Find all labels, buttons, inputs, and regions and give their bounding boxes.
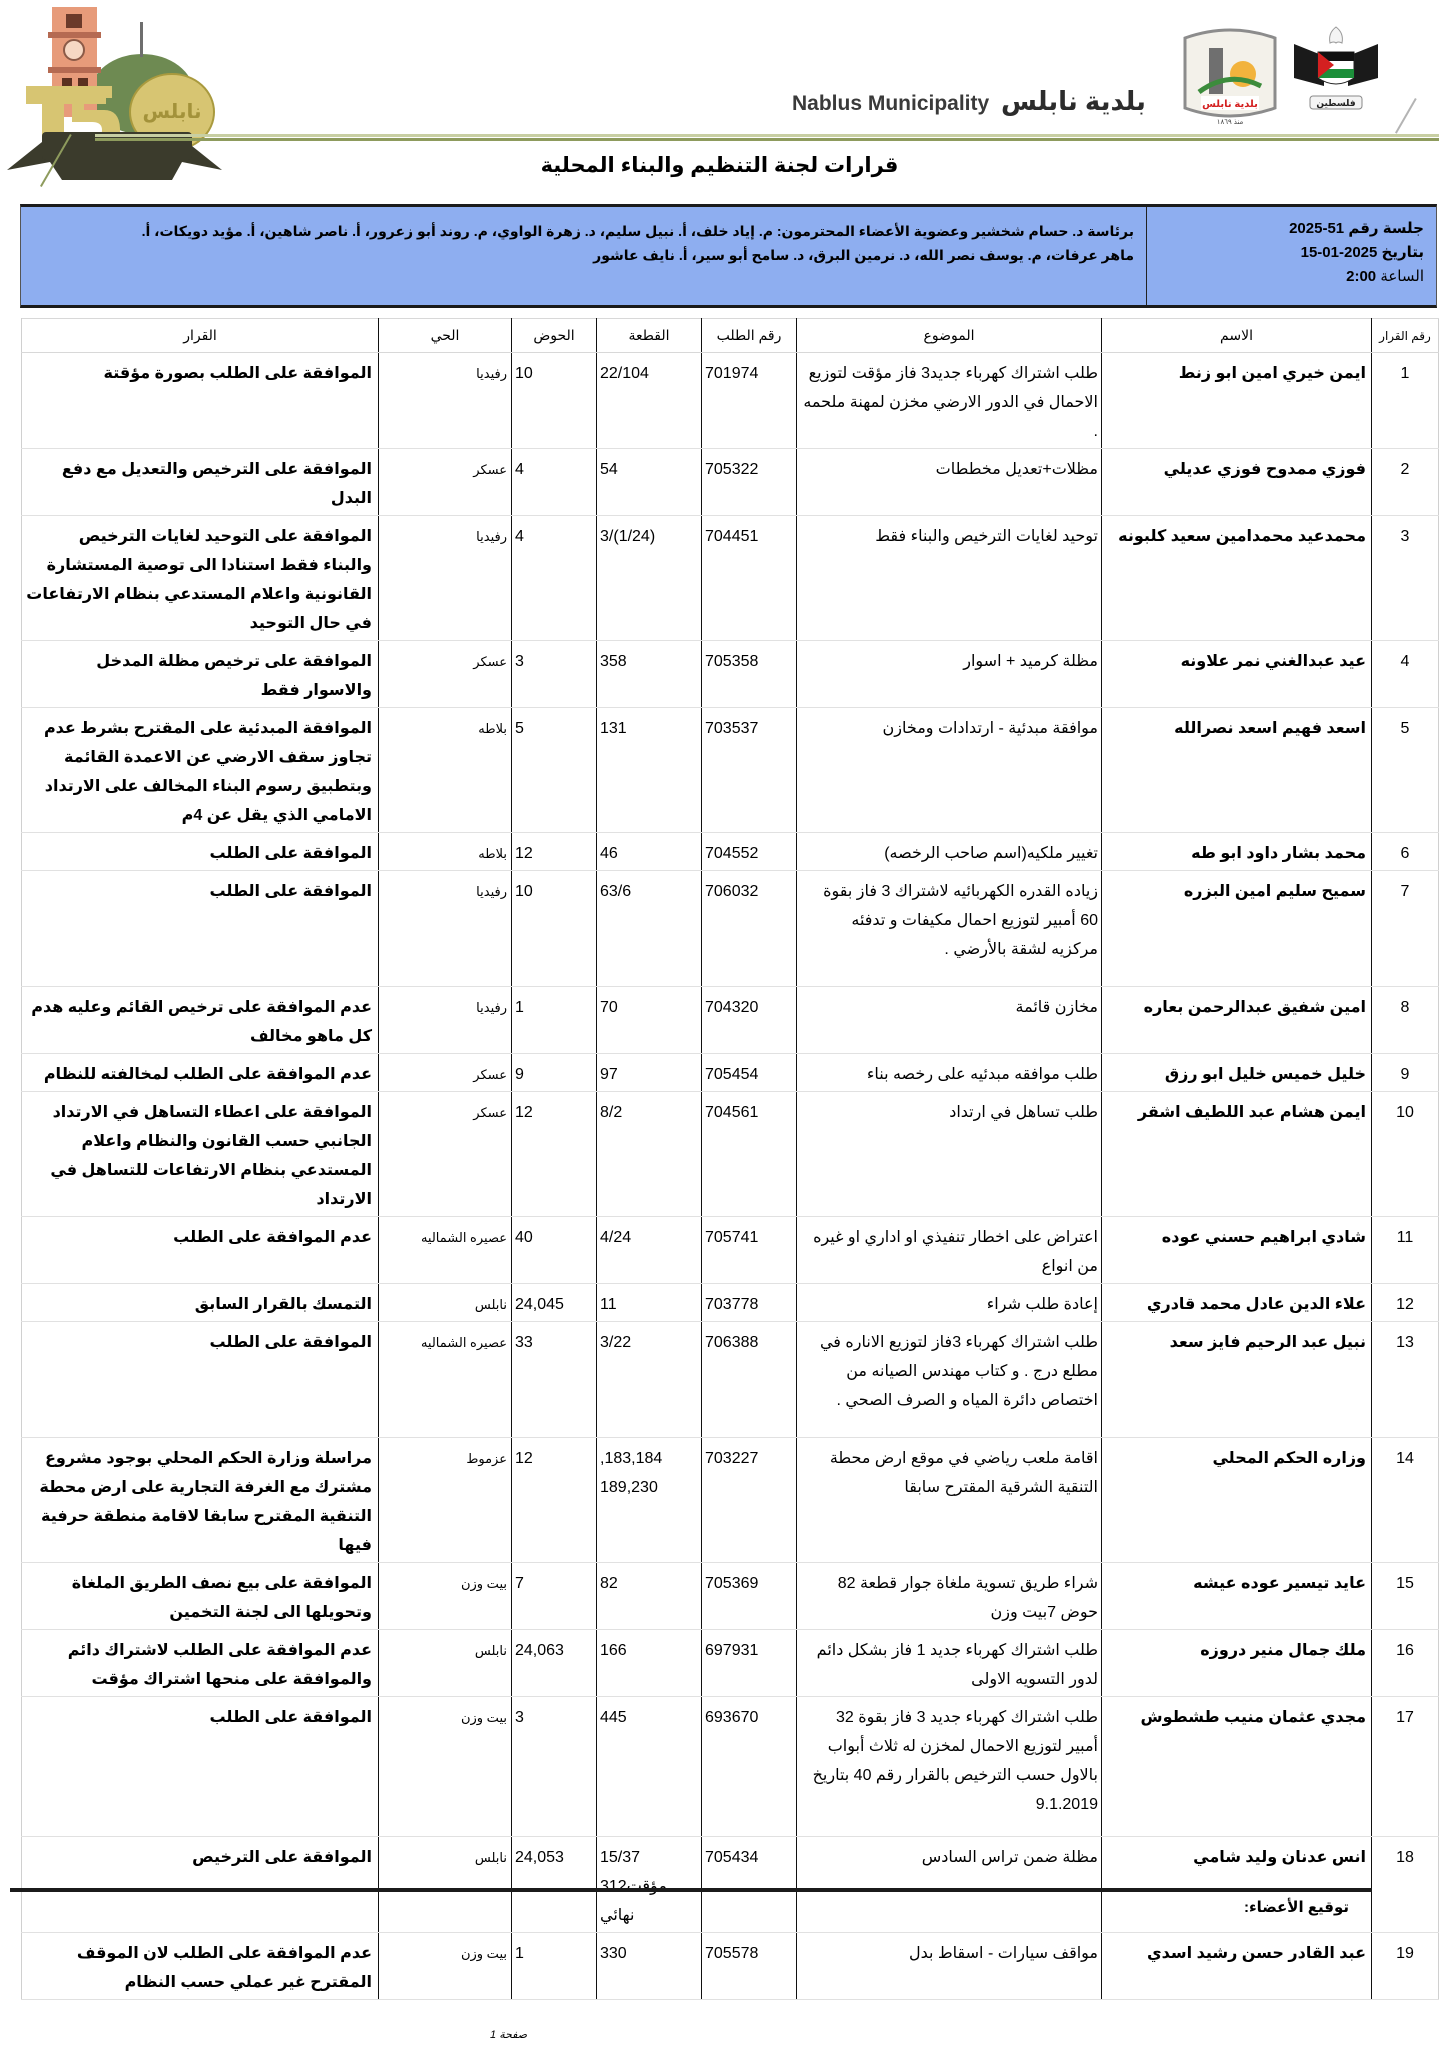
logo-150-text: نابلس xyxy=(143,101,202,123)
request-no-cell: 697931 xyxy=(702,1630,797,1697)
plot-cell: 15/37 مؤقت312 نهائي xyxy=(597,1837,702,1933)
decision-no-cell: 7 xyxy=(1372,871,1439,987)
subject-cell: طلب اشتراك كهرباء 3فاز لتوزيع الاناره في… xyxy=(797,1322,1102,1438)
table-row: 15عايد تيسير عوده عيشهشراء طريق تسوية مل… xyxy=(22,1563,1439,1630)
basin-cell: 9 xyxy=(512,1054,597,1092)
name-cell: وزاره الحكم المحلي xyxy=(1102,1438,1372,1563)
basin-cell: 40 xyxy=(512,1217,597,1284)
members-line-1: برئاسة د. حسام شخشير وعضوية الأعضاء المح… xyxy=(33,219,1134,243)
request-no-cell: 705578 xyxy=(702,1933,797,2000)
name-cell: عايد تيسير عوده عيشه xyxy=(1102,1563,1372,1630)
name-cell: ايمن خيري امين ابو زنط xyxy=(1102,353,1372,449)
decision-cell: الموافقة على الترخيص xyxy=(22,1837,379,1933)
request-no-cell: 703227 xyxy=(702,1438,797,1563)
subject-cell: اعتراض على اخطار تنفيذي او اداري او غيره… xyxy=(797,1217,1102,1284)
palestine-emblem-caption: فلسطين xyxy=(1316,98,1355,109)
basin-cell: 12 xyxy=(512,1438,597,1563)
header-decision-no: رقم القرار xyxy=(1372,319,1439,353)
request-no-cell: 704561 xyxy=(702,1092,797,1217)
table-row: 9خليل خميس خليل ابو رزقطلب موافقه مبدئيه… xyxy=(22,1054,1439,1092)
district-cell: رفيديا xyxy=(379,516,512,641)
district-cell: عسكر xyxy=(379,641,512,708)
basin-cell: 24,053 xyxy=(512,1837,597,1933)
district-cell: عسكر xyxy=(379,1092,512,1217)
plot-cell: 46 xyxy=(597,833,702,871)
decision-cell: الموافقة على بيع نصف الطريق الملغاة وتحو… xyxy=(22,1563,379,1630)
decision-no-cell: 5 xyxy=(1372,708,1439,833)
plot-cell: 70 xyxy=(597,987,702,1054)
decision-no-cell: 11 xyxy=(1372,1217,1439,1284)
decision-cell: الموافقة على اعطاء التساهل في الارتداد ا… xyxy=(22,1092,379,1217)
subject-cell: مظلة كرميد + اسوار xyxy=(797,641,1102,708)
table-row: 7سميح سليم امين البزره زياده القدره الكه… xyxy=(22,871,1439,987)
name-cell: نبيل عبد الرحيم فايز سعد xyxy=(1102,1322,1372,1438)
request-no-cell: 705322 xyxy=(702,449,797,516)
district-cell: بيت وزن xyxy=(379,1697,512,1837)
page-number: صفحة 1 xyxy=(490,2028,527,2041)
header-decision: القرار xyxy=(22,319,379,353)
request-no-cell: 703537 xyxy=(702,708,797,833)
plot-cell: 4/24 xyxy=(597,1217,702,1284)
subject-cell: مظلات+تعديل مخططات xyxy=(797,449,1102,516)
session-time-label: الساعة xyxy=(1380,268,1424,285)
decision-no-cell: 1 xyxy=(1372,353,1439,449)
subject-cell: اقامة ملعب رياضي في موقع ارض محطة التنقي… xyxy=(797,1438,1102,1563)
table-row: 8امين شفيق عبدالرحمن بعارهمخازن قائمة704… xyxy=(22,987,1439,1054)
request-no-cell: 706032 xyxy=(702,871,797,987)
decision-cell: عدم الموافقة على الطلب لمخالفته للنظام xyxy=(22,1054,379,1092)
decision-cell: الموافقة على ترخيص مظلة المدخل والاسوار … xyxy=(22,641,379,708)
plot-cell: 82 xyxy=(597,1563,702,1630)
district-cell: بلاطه xyxy=(379,833,512,871)
name-cell: خليل خميس خليل ابو رزق xyxy=(1102,1054,1372,1092)
request-no-cell: 693670 xyxy=(702,1697,797,1837)
basin-cell: 12 xyxy=(512,1092,597,1217)
session-time: 2:00 xyxy=(1346,268,1376,285)
decision-no-cell: 8 xyxy=(1372,987,1439,1054)
basin-cell: 7 xyxy=(512,1563,597,1630)
district-cell: عسكر xyxy=(379,449,512,516)
session-date: 2025-01-15 xyxy=(1301,244,1378,261)
session-date-line: بتاريخ 2025-01-15 xyxy=(1159,241,1424,265)
request-no-cell: 701974 xyxy=(702,353,797,449)
name-cell: شادي ابراهيم حسني عوده xyxy=(1102,1217,1372,1284)
basin-cell: 10 xyxy=(512,871,597,987)
decision-cell: الموافقة على الطلب xyxy=(22,1322,379,1438)
municipality-brand: بلدية نابلس Nablus Municipality xyxy=(792,86,1172,116)
header-district: الحي xyxy=(379,319,512,353)
decisions-table: رقم القرار الاسم الموضوع رقم الطلب القطع… xyxy=(21,318,1439,2000)
district-cell: رفيديا xyxy=(379,353,512,449)
table-row: 10ايمن هشام عبد اللطيف اشقرطلب تساهل في … xyxy=(22,1092,1439,1217)
basin-cell: 24,063 xyxy=(512,1630,597,1697)
district-cell: رفيديا xyxy=(379,871,512,987)
plot-cell: 166 xyxy=(597,1630,702,1697)
table-row: 19عبد القادر حسن رشيد اسديمواقف سيارات -… xyxy=(22,1933,1439,2000)
request-no-cell: 705358 xyxy=(702,641,797,708)
table-row: 3محمدعيد محمدامين سعيد كلبونهتوحيد لغايا… xyxy=(22,516,1439,641)
table-row: 6محمد بشار داود ابو طهتغيير ملكيه(اسم صا… xyxy=(22,833,1439,871)
decision-cell: الموافقة على الطلب xyxy=(22,833,379,871)
request-no-cell: 705369 xyxy=(702,1563,797,1630)
nablus-emblem-since: منذ ١٨٦٩ xyxy=(1217,119,1244,126)
session-number-label: جلسة رقم xyxy=(1348,220,1424,237)
basin-cell: 33 xyxy=(512,1322,597,1438)
table-end-rule xyxy=(10,1888,1372,1892)
plot-cell: 11 xyxy=(597,1284,702,1322)
municipality-name-arabic: بلدية نابلس xyxy=(1001,86,1146,116)
district-cell: نابلس xyxy=(379,1837,512,1933)
decision-no-cell: 6 xyxy=(1372,833,1439,871)
basin-cell: 24,045 xyxy=(512,1284,597,1322)
decision-cell: الموافقة على الترخيص والتعديل مع دفع الب… xyxy=(22,449,379,516)
name-cell: ملك جمال منير دروزه xyxy=(1102,1630,1372,1697)
name-cell: اسعد فهيم اسعد نصرالله xyxy=(1102,708,1372,833)
header-plot: القطعة xyxy=(597,319,702,353)
name-cell: علاء الدين عادل محمد قادري xyxy=(1102,1284,1372,1322)
basin-cell: 3 xyxy=(512,641,597,708)
decision-no-cell: 15 xyxy=(1372,1563,1439,1630)
name-cell: انس عدنان وليد شامي xyxy=(1102,1837,1372,1933)
decision-cell: الموافقة على التوحيد لغايات الترخيص والب… xyxy=(22,516,379,641)
table-row: 14وزاره الحكم المحلياقامة ملعب رياضي في … xyxy=(22,1438,1439,1563)
decision-no-cell: 4 xyxy=(1372,641,1439,708)
name-cell: عبد القادر حسن رشيد اسدي xyxy=(1102,1933,1372,2000)
request-no-cell: 706388 xyxy=(702,1322,797,1438)
subject-cell: طلب اشتراك كهرباء جديد 3 فاز بقوة 32 أمب… xyxy=(797,1697,1102,1837)
decision-no-cell: 2 xyxy=(1372,449,1439,516)
subject-cell: طلب اشتراك كهرباء جديد3 فاز مؤقت لتوزيع … xyxy=(797,353,1102,449)
name-cell: عيد عبدالغني نمر علاونه xyxy=(1102,641,1372,708)
table-row: 17مجدي عثمان منيب طشطوشطلب اشتراك كهرباء… xyxy=(22,1697,1439,1837)
table-row: 4عيد عبدالغني نمر علاونهمظلة كرميد + اسو… xyxy=(22,641,1439,708)
basin-cell: 4 xyxy=(512,449,597,516)
table-row: 2فوزي ممدوح فوزي عديليمظلات+تعديل مخططات… xyxy=(22,449,1439,516)
plot-cell: 358 xyxy=(597,641,702,708)
decision-cell: الموافقة المبدئية على المقترح بشرط عدم ت… xyxy=(22,708,379,833)
decision-no-cell: 12 xyxy=(1372,1284,1439,1322)
nablus-municipality-emblem-icon: بلدية نابلس منذ ١٨٦٩ xyxy=(1175,26,1285,126)
basin-cell: 1 xyxy=(512,987,597,1054)
subject-cell: مواقف سيارات - اسقاط بدل xyxy=(797,1933,1102,2000)
decision-no-cell: 9 xyxy=(1372,1054,1439,1092)
basin-cell: 12 xyxy=(512,833,597,871)
district-cell: عزموط xyxy=(379,1438,512,1563)
table-row: 1ايمن خيري امين ابو زنططلب اشتراك كهرباء… xyxy=(22,353,1439,449)
header-subject: الموضوع xyxy=(797,319,1102,353)
municipality-name-english: Nablus Municipality xyxy=(792,92,989,115)
session-number-line: جلسة رقم 51-2025 xyxy=(1159,217,1424,241)
name-cell: امين شفيق عبدالرحمن بعاره xyxy=(1102,987,1372,1054)
decision-no-cell: 18 xyxy=(1372,1837,1439,1933)
name-cell: سميح سليم امين البزره xyxy=(1102,871,1372,987)
session-date-label: بتاريخ xyxy=(1382,244,1424,261)
basin-cell: 1 xyxy=(512,1933,597,2000)
session-info-box: جلسة رقم 51-2025 بتاريخ 2025-01-15 الساع… xyxy=(20,204,1437,308)
decision-no-cell: 14 xyxy=(1372,1438,1439,1563)
header-basin: الحوض xyxy=(512,319,597,353)
members-line-2: ماهر عرفات، م. يوسف نصر الله، د. نرمين ا… xyxy=(33,243,1134,267)
subject-cell: موافقة مبدئية - ارتدادات ومخازن xyxy=(797,708,1102,833)
table-header-row: رقم القرار الاسم الموضوع رقم الطلب القطع… xyxy=(22,319,1439,353)
table-row: 13نبيل عبد الرحيم فايز سعدطلب اشتراك كهر… xyxy=(22,1322,1439,1438)
district-cell: عصيره الشماليه xyxy=(379,1217,512,1284)
table-row: 18انس عدنان وليد شاميمظلة ضمن تراس الساد… xyxy=(22,1837,1439,1933)
district-cell: عسكر xyxy=(379,1054,512,1092)
subject-cell: مخازن قائمة xyxy=(797,987,1102,1054)
decision-cell: الموافقة على الطلب xyxy=(22,1697,379,1837)
session-number: 51-2025 xyxy=(1289,220,1344,237)
subject-cell: شراء طريق تسوية ملغاة جوار قطعة 82 حوض 7… xyxy=(797,1563,1102,1630)
plot-cell: 330 xyxy=(597,1933,702,2000)
decision-cell: عدم الموافقة على الطلب لاشتراك دائم والم… xyxy=(22,1630,379,1697)
table-row: 5اسعد فهيم اسعد نصراللهموافقة مبدئية - ا… xyxy=(22,708,1439,833)
subject-cell: توحيد لغايات الترخيص والبناء فقط xyxy=(797,516,1102,641)
subject-cell: طلب اشتراك كهرباء جديد 1 فاز بشكل دائم ل… xyxy=(797,1630,1102,1697)
table-row: 16ملك جمال منير دروزهطلب اشتراك كهرباء ج… xyxy=(22,1630,1439,1697)
decision-no-cell: 17 xyxy=(1372,1697,1439,1837)
request-no-cell: 704320 xyxy=(702,987,797,1054)
decision-cell: الموافقة على الطلب xyxy=(22,871,379,987)
decision-no-cell: 19 xyxy=(1372,1933,1439,2000)
request-no-cell: 703778 xyxy=(702,1284,797,1322)
nablus-emblem-caption: بلدية نابلس xyxy=(1202,99,1258,110)
district-cell: بلاطه xyxy=(379,708,512,833)
request-no-cell: 704552 xyxy=(702,833,797,871)
palestine-eagle-emblem-icon: فلسطين xyxy=(1286,22,1386,117)
decisions-table-body: 1ايمن خيري امين ابو زنططلب اشتراك كهرباء… xyxy=(22,353,1439,2000)
plot-cell: 63/6 xyxy=(597,871,702,987)
table-row: 12علاء الدين عادل محمد قادريإعادة طلب شر… xyxy=(22,1284,1439,1322)
session-meta: جلسة رقم 51-2025 بتاريخ 2025-01-15 الساع… xyxy=(1146,207,1436,305)
plot-cell: 54 xyxy=(597,449,702,516)
decision-cell: عدم الموافقة على الطلب لان الموقف المقتر… xyxy=(22,1933,379,2000)
basin-cell: 10 xyxy=(512,353,597,449)
district-cell: بيت وزن xyxy=(379,1933,512,2000)
subject-cell: طلب تساهل في ارتداد xyxy=(797,1092,1102,1217)
header-rule-light xyxy=(95,134,1439,137)
request-no-cell: 705741 xyxy=(702,1217,797,1284)
plot-cell: (1/24)/3 xyxy=(597,516,702,641)
request-no-cell: 705454 xyxy=(702,1054,797,1092)
decision-no-cell: 13 xyxy=(1372,1322,1439,1438)
header-rule-olive xyxy=(95,138,1439,141)
name-cell: مجدي عثمان منيب طشطوش xyxy=(1102,1697,1372,1837)
decision-cell: عدم الموافقة على ترخيص القائم وعليه هدم … xyxy=(22,987,379,1054)
table-row: 11شادي ابراهيم حسني عودهاعتراض على اخطار… xyxy=(22,1217,1439,1284)
name-cell: ايمن هشام عبد اللطيف اشقر xyxy=(1102,1092,1372,1217)
plot-cell: 8/2 xyxy=(597,1092,702,1217)
session-members: برئاسة د. حسام شخشير وعضوية الأعضاء المح… xyxy=(21,207,1146,305)
subject-cell: تغيير ملكيه(اسم صاحب الرخصه) xyxy=(797,833,1102,871)
district-cell: رفيديا xyxy=(379,987,512,1054)
document-title: قرارات لجنة التنظيم والبناء المحلية xyxy=(0,153,1439,178)
session-time-line: الساعة 2:00 xyxy=(1159,265,1424,289)
request-no-cell: 704451 xyxy=(702,516,797,641)
plot-cell: 183,184, 189,230 xyxy=(597,1438,702,1563)
name-cell: فوزي ممدوح فوزي عديلي xyxy=(1102,449,1372,516)
decision-cell: عدم الموافقة على الطلب xyxy=(22,1217,379,1284)
members-signatures-label: توقيع الأعضاء: xyxy=(1244,1898,1349,1916)
basin-cell: 4 xyxy=(512,516,597,641)
district-cell: نابلس xyxy=(379,1284,512,1322)
plot-cell: 445 xyxy=(597,1697,702,1837)
decision-cell: الموافقة على الطلب بصورة مؤقتة xyxy=(22,353,379,449)
plot-cell: 3/22 xyxy=(597,1322,702,1438)
decision-cell: مراسلة وزارة الحكم المحلي بوجود مشروع مش… xyxy=(22,1438,379,1563)
header-name: الاسم xyxy=(1102,319,1372,353)
page-number-value: 1 xyxy=(490,2029,496,2041)
basin-cell: 5 xyxy=(512,708,597,833)
basin-cell: 3 xyxy=(512,1697,597,1837)
plot-cell: 97 xyxy=(597,1054,702,1092)
header-request-no: رقم الطلب xyxy=(702,319,797,353)
subject-cell: إعادة طلب شراء xyxy=(797,1284,1102,1322)
decision-no-cell: 3 xyxy=(1372,516,1439,641)
subject-cell: زياده القدره الكهربائيه لاشتراك 3 فاز بق… xyxy=(797,871,1102,987)
decision-cell: التمسك بالقرار السابق xyxy=(22,1284,379,1322)
district-cell: بيت وزن xyxy=(379,1563,512,1630)
district-cell: نابلس xyxy=(379,1630,512,1697)
decision-no-cell: 16 xyxy=(1372,1630,1439,1697)
decision-no-cell: 10 xyxy=(1372,1092,1439,1217)
subject-cell: مظلة ضمن تراس السادس xyxy=(797,1837,1102,1933)
request-no-cell: 705434 xyxy=(702,1837,797,1933)
plot-cell: 22/104 xyxy=(597,353,702,449)
subject-cell: طلب موافقه مبدئيه على رخصه بناء xyxy=(797,1054,1102,1092)
district-cell: عصيره الشماليه xyxy=(379,1322,512,1438)
page-label: صفحة xyxy=(499,2029,527,2041)
name-cell: محمد بشار داود ابو طه xyxy=(1102,833,1372,871)
plot-cell: 131 xyxy=(597,708,702,833)
header-rule-slant-right xyxy=(1395,98,1417,134)
name-cell: محمدعيد محمدامين سعيد كلبونه xyxy=(1102,516,1372,641)
